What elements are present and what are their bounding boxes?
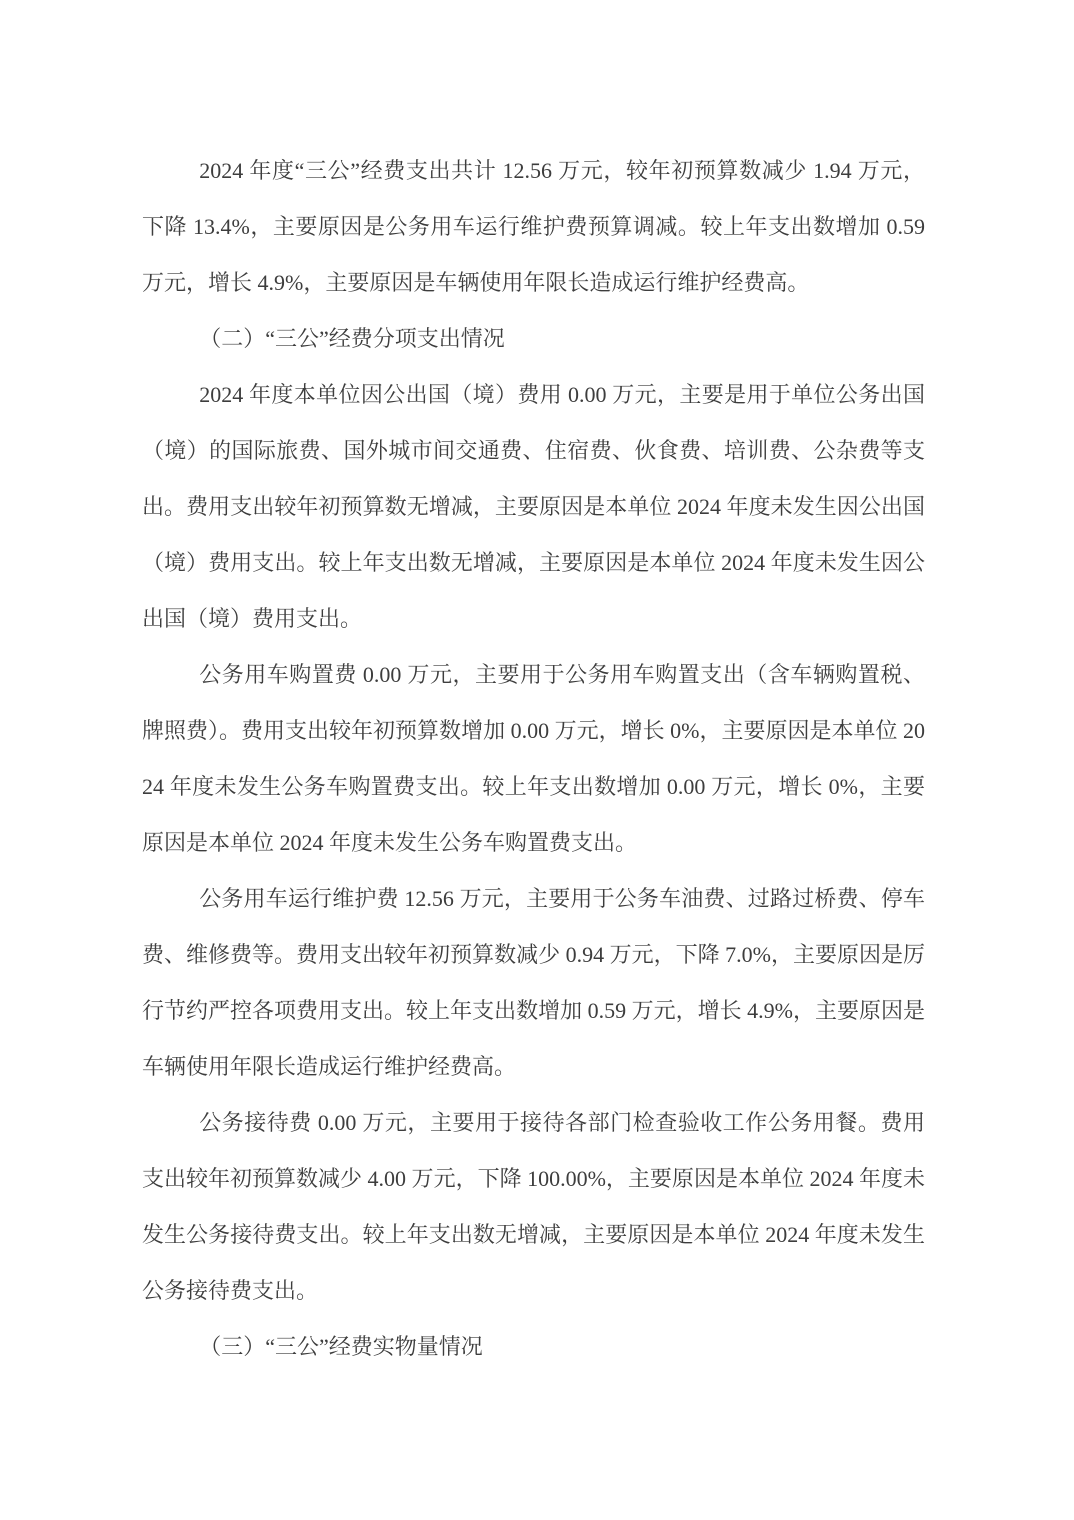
section-heading-physical-quantity: （三）“三公”经费实物量情况 (142, 1319, 925, 1375)
document-page: 2024 年度“三公”经费支出共计 12.56 万元，较年初预算数减少 1.94… (0, 0, 1074, 1520)
document-text-block: 2024 年度“三公”经费支出共计 12.56 万元，较年初预算数减少 1.94… (142, 143, 925, 1375)
paragraph-vehicle-purchase-expense: 公务用车购置费 0.00 万元，主要用于公务用车购置支出（含车辆购置税、牌照费）… (142, 647, 925, 871)
paragraph-official-reception-expense: 公务接待费 0.00 万元，主要用于接待各部门检查验收工作公务用餐。费用支出较年… (142, 1095, 925, 1319)
paragraph-vehicle-operation-maintenance-expense: 公务用车运行维护费 12.56 万元，主要用于公务车油费、过路过桥费、停车费、维… (142, 871, 925, 1095)
paragraph-overseas-travel-expense: 2024 年度本单位因公出国（境）费用 0.00 万元，主要是用于单位公务出国（… (142, 367, 925, 647)
paragraph-overall-expense-summary: 2024 年度“三公”经费支出共计 12.56 万元，较年初预算数减少 1.94… (142, 143, 925, 311)
section-heading-itemized-expense: （二）“三公”经费分项支出情况 (142, 311, 925, 367)
